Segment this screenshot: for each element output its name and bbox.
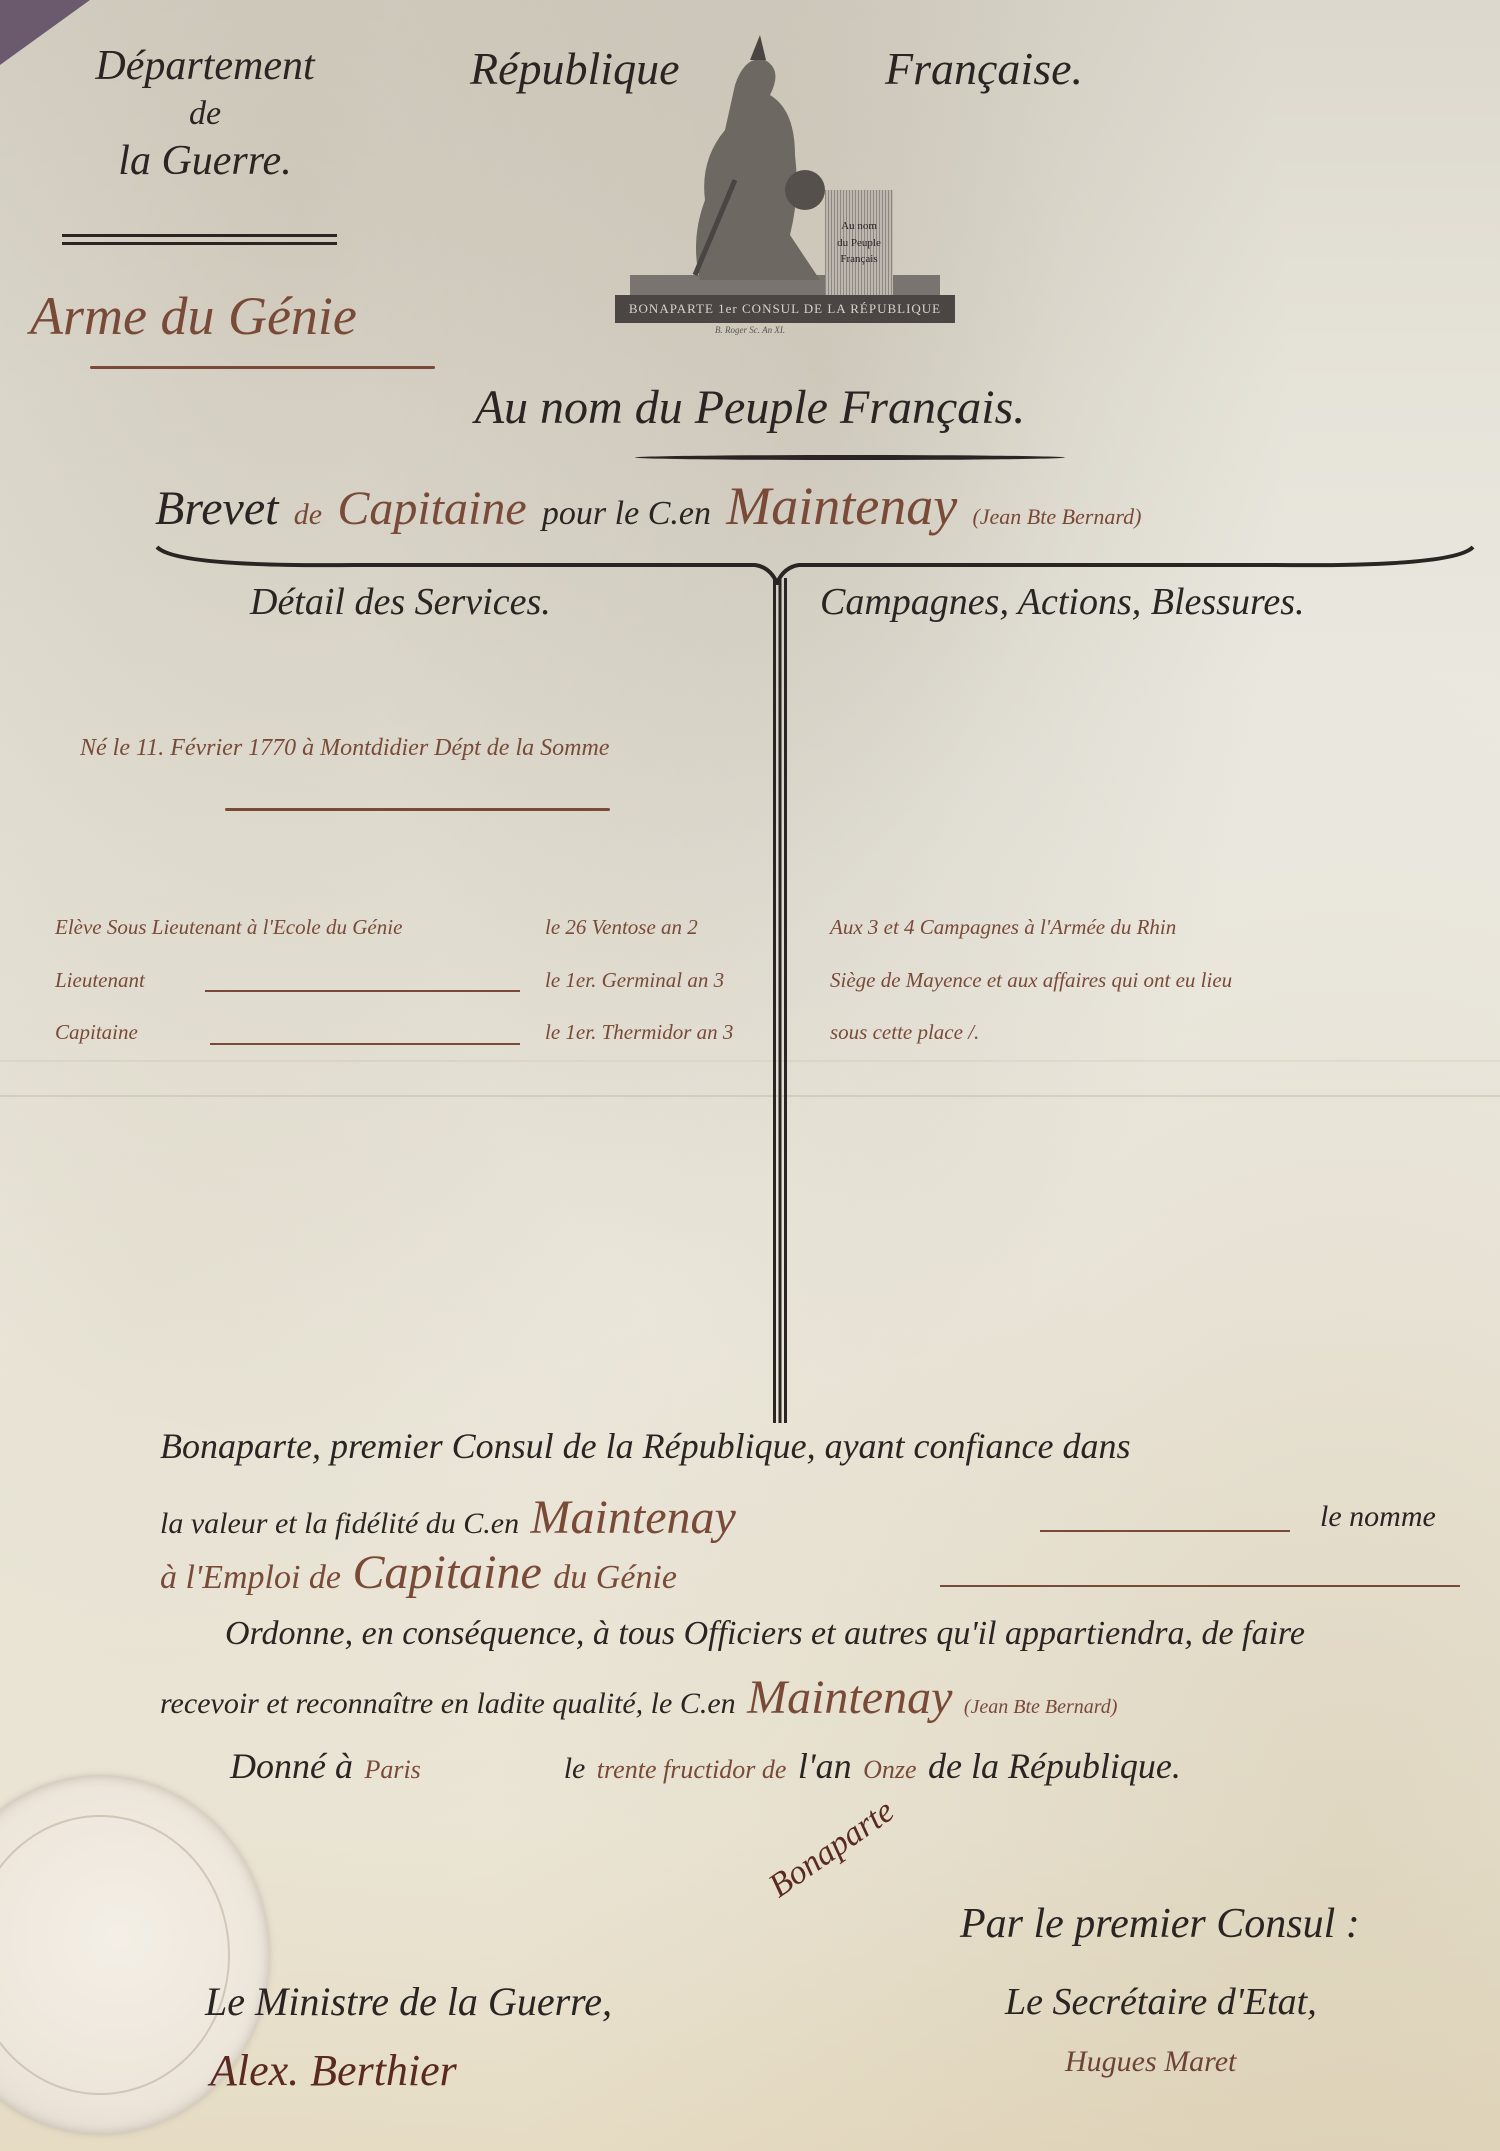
campaigns-heading: Campagnes, Actions, Blessures. [820, 580, 1304, 624]
brevet-de: de [294, 498, 322, 531]
republic-vignette-engraving: Au nom du Peuple Français BONAPARTE 1er … [615, 30, 955, 330]
vignette-base-inscription: BONAPARTE 1er CONSUL DE LA RÉPUBLIQUE [615, 295, 955, 323]
invocation-rule [635, 455, 1065, 460]
service-post: Lieutenant [55, 968, 145, 993]
body-given-names: (Jean Bte Bernard) [964, 1696, 1118, 1718]
curly-brace-divider [155, 545, 1475, 585]
fill-rule [940, 1585, 1460, 1587]
tablet-text: Au nom [825, 218, 893, 235]
body-text: à l'Emploi de [160, 1559, 341, 1596]
year-handwritten: Onze [863, 1755, 916, 1784]
republic-suffix: de la République. [928, 1746, 1181, 1786]
fill-rule [1040, 1530, 1290, 1532]
services-heading: Détail des Services. [250, 580, 551, 624]
brevet-title: Brevet de Capitaine pour le C.en Mainten… [155, 475, 1141, 537]
invocation-heading: Au nom du Peuple Français. [0, 380, 1500, 435]
brevet-surname: Maintenay [726, 476, 957, 536]
tablet-text: Français [825, 251, 893, 268]
body-line-4: Ordonne, en conséquence, à tous Officier… [225, 1615, 1305, 1653]
body-line-5: recevoir et reconnaître en ladite qualit… [160, 1670, 1117, 1725]
body-line-1: Bonaparte, premier Consul de la Républiq… [160, 1425, 1131, 1467]
body-text: la valeur et la fidélité du C.en [160, 1507, 519, 1540]
body-surname: Maintenay [531, 1491, 736, 1544]
department-line: de [60, 93, 350, 136]
campaign-line: Siège de Mayence et aux affaires qui ont… [830, 968, 1232, 993]
engraver-credit: B. Roger Sc. An XI. [715, 325, 785, 335]
department-line: la Guerre. [60, 135, 350, 188]
date-handwritten: trente fructidor de [597, 1755, 787, 1784]
minister-title: Le Ministre de la Guerre, [205, 1978, 612, 2025]
body-text: du Génie [553, 1559, 677, 1596]
brevet-word: Brevet [155, 482, 278, 535]
arm-of-service: Arme du Génie [30, 285, 357, 347]
service-fill-rule [205, 990, 520, 992]
brevet-pour-le: pour le C.en [542, 495, 711, 532]
seated-liberty-figure-icon [615, 30, 955, 330]
department-line: Département [60, 40, 350, 93]
column-divider [773, 578, 787, 1423]
le-label: le [564, 1752, 586, 1785]
service-post: Elève Sous Lieutenant à l'Ecole du Génie [55, 915, 402, 940]
minister-signature: Alex. Berthier [210, 2045, 457, 2096]
brevet-rank: Capitaine [337, 482, 526, 535]
given-at-label: Donné à [230, 1746, 353, 1786]
campaign-line: sous cette place /. [830, 1020, 979, 1045]
service-post: Capitaine [55, 1020, 138, 1045]
body-surname: Maintenay [747, 1671, 952, 1724]
tablet-text: du Peuple [825, 235, 893, 252]
body-line-2: la valeur et la fidélité du C.en Mainten… [160, 1490, 736, 1545]
body-text: le nomme [1320, 1500, 1436, 1534]
birth-record: Né le 11. Février 1770 à Montdidier Dépt… [80, 735, 609, 762]
place: Paris [364, 1755, 420, 1784]
body-line-6: Donné à Paris le trente fructidor de l'a… [230, 1745, 1181, 1787]
campaign-line: Aux 3 et 4 Campagnes à l'Armée du Rhin [830, 915, 1176, 940]
department-header: Département de la Guerre. [60, 40, 350, 188]
body-line-3: à l'Emploi de Capitaine du Génie [160, 1545, 677, 1600]
par-le-premier-consul: Par le premier Consul : [960, 1900, 1360, 1948]
an-label: l'an [798, 1746, 852, 1786]
birth-underline [225, 808, 610, 811]
secretary-signature: Hugues Maret [1065, 2045, 1236, 2079]
body-rank: Capitaine [352, 1546, 541, 1599]
body-text: recevoir et reconnaître en ladite qualit… [160, 1687, 736, 1720]
service-date: le 1er. Thermidor an 3 [545, 1020, 733, 1045]
fold-crease [0, 1095, 1500, 1097]
arm-underline [90, 366, 435, 369]
secretary-title: Le Secrétaire d'Etat, [1005, 1980, 1317, 2024]
double-rule [62, 242, 337, 245]
service-fill-rule [210, 1043, 520, 1045]
service-date: le 1er. Germinal an 3 [545, 968, 724, 993]
brevet-given-names: (Jean Bte Bernard) [972, 504, 1141, 529]
vignette-tablet: Au nom du Peuple Français [825, 190, 893, 300]
service-date: le 26 Ventose an 2 [545, 915, 698, 940]
double-rule [62, 234, 337, 237]
fold-crease [0, 1060, 1500, 1062]
